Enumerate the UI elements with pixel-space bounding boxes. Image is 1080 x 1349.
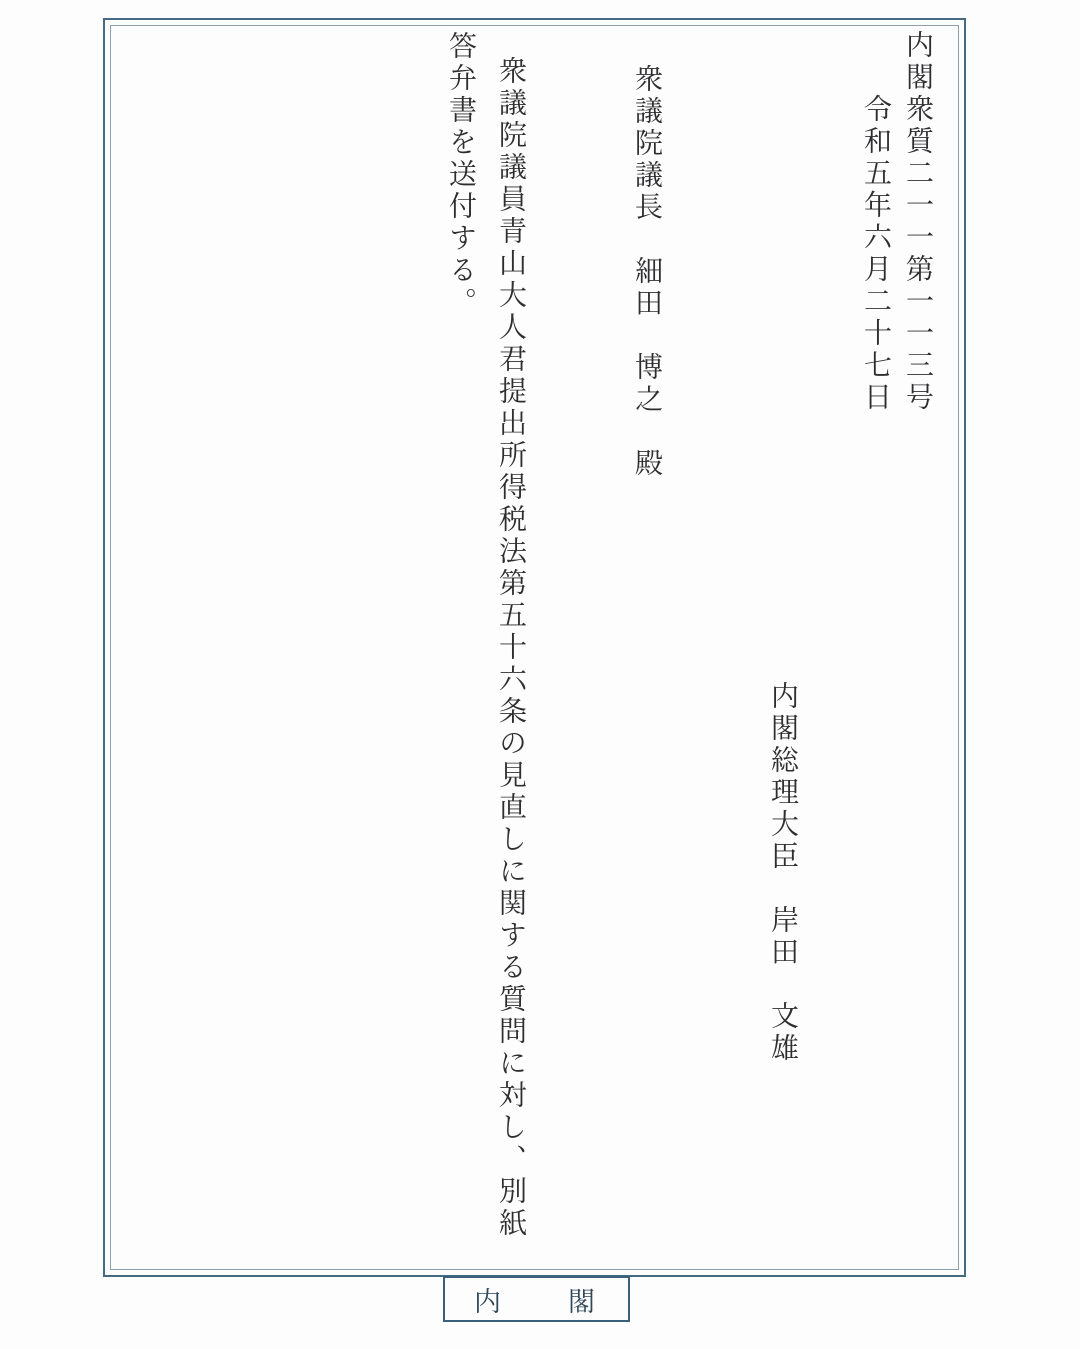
- body-line-2: 答弁書を送付する。: [446, 31, 474, 319]
- signature-line: 内閣総理大臣 岸田 文雄: [768, 681, 796, 1065]
- body-line-1: 衆議院議員青山大人君提出所得税法第五十六条の見直しに関する質問に対し、別紙: [496, 56, 524, 1240]
- cabinet-label-right: 閣: [568, 1280, 595, 1319]
- document-page: 内閣衆質二一一第一一三号 令和五年六月二十七日 衆議院議長 細田 博之 殿 衆議…: [0, 0, 1080, 1349]
- addressee-line: 衆議院議長 細田 博之 殿: [632, 64, 660, 480]
- cabinet-label-box: 内 閣: [443, 1276, 630, 1322]
- document-date: 令和五年六月二十七日: [861, 94, 889, 414]
- cabinet-label-left: 内: [474, 1280, 501, 1319]
- page-border-inner: [110, 25, 959, 1270]
- document-number: 内閣衆質二一一第一一三号: [903, 30, 931, 414]
